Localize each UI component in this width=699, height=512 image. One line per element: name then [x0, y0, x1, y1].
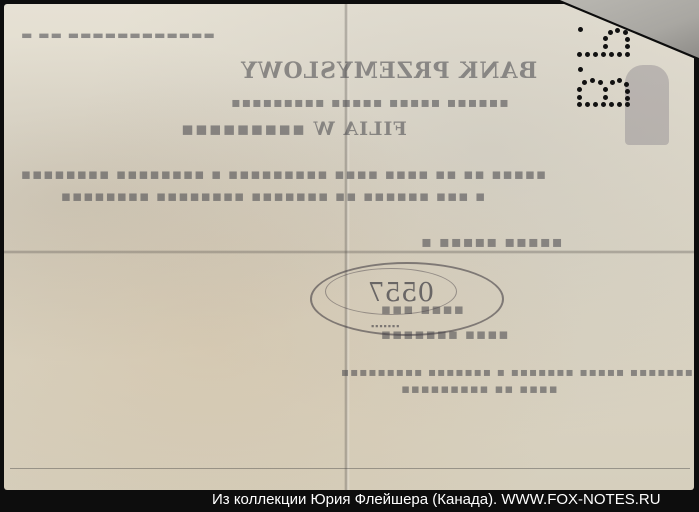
- print-border-line: [10, 468, 690, 469]
- collection-caption: Из коллекции Юрия Флейшера (Канада). WWW…: [212, 491, 661, 508]
- show-through-text: ▬▬▬▬▬▬▬▬▬▬▬▬ ▬▬ ▬: [20, 28, 215, 42]
- show-through-text: ▪▪▪▪ ▪▪ ▪▪▪▪▪▪▪▪▪: [400, 382, 557, 397]
- show-through-text: ▪ ▪▪▪ ▪▪▪▪▪▪ ▪▪ ▪▪▪▪▪▪▪ ▪▪▪▪▪▪▪▪ ▪▪▪▪▪▪▪…: [60, 187, 485, 205]
- stamp-text: ▪▪▪▪▪▪▪: [370, 321, 399, 331]
- show-through-text: ▪▪▪▪▪▪ ▪▪▪▪▪ ▪▪▪▪▪ ▪▪▪▪▪▪▪▪▪: [230, 95, 509, 111]
- show-through-text: ▪▪ ▪▪▪▪▪▪▪ ▪▪▪▪▪ ▪▪▪▪▪▪▪ ▪ ▪▪▪▪▪▪▪ ▪▪▪▪▪…: [340, 365, 699, 379]
- horizontal-fold-crease: [4, 250, 694, 254]
- show-through-text: ▪▪▪▪▪ ▪▪▪▪▪ ▪: [420, 232, 562, 251]
- show-through-text: BANK PRZEMYSLOWY: [240, 58, 537, 84]
- show-through-text: FILIA W ▪▪▪▪▪▪▪▪▪: [180, 118, 407, 140]
- crest-emblem: [625, 65, 669, 145]
- show-through-text: ▪▪▪▪▪ ▪▪ ▪▪ ▪▪▪▪ ▪▪▪▪ ▪▪▪▪▪▪▪▪▪ ▪ ▪▪▪▪▪▪…: [20, 165, 546, 183]
- stamp-number: 0557: [368, 278, 434, 308]
